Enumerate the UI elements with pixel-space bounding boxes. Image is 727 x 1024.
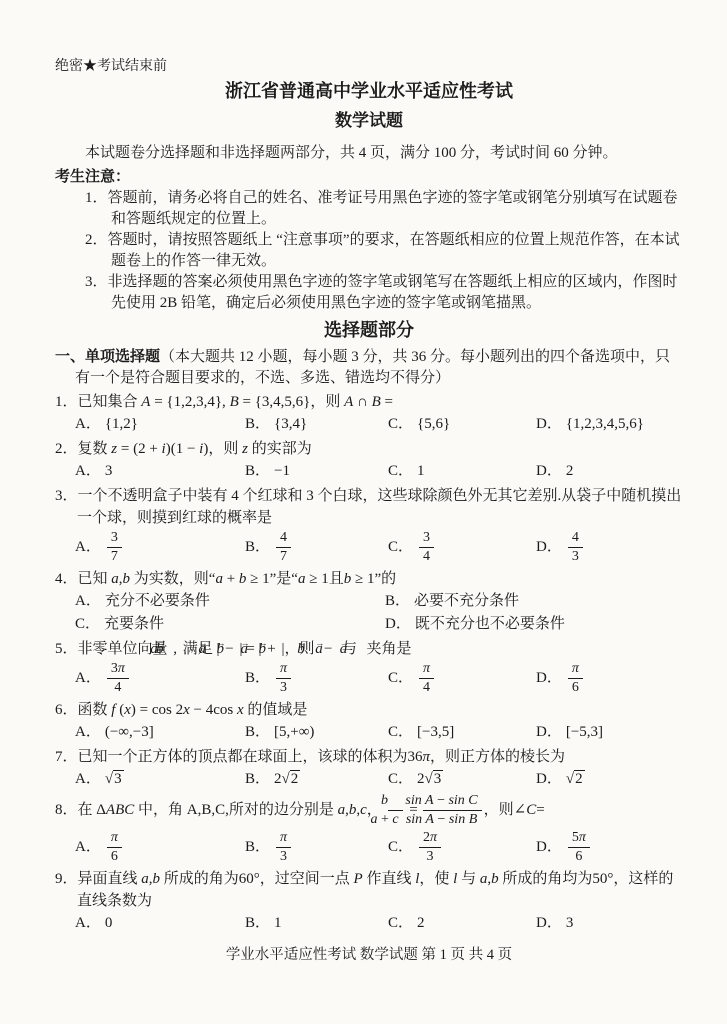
math-text: 3 xyxy=(280,849,287,864)
math-variable: a xyxy=(215,571,223,587)
math-text: 3 xyxy=(280,680,287,695)
option-A: A．3 xyxy=(75,460,245,483)
question-number: 8． xyxy=(55,802,78,818)
option-label: A． xyxy=(75,670,101,686)
part-instruction: 一、单项选择题（本大题共 12 小题，每小题 3 分，共 36 分。每小题列出的… xyxy=(55,347,683,389)
question-number: 3． xyxy=(55,488,78,504)
math-text: − xyxy=(434,812,449,827)
math-text: 中，角 A,B,C,所对的边分别是 xyxy=(134,802,337,818)
question-stem: 6．函数 f (x) = cos 2x − 4cos x 的值域是 xyxy=(55,699,683,721)
denominator: 3 xyxy=(276,848,291,865)
option-label: D． xyxy=(536,724,562,740)
option-label: D． xyxy=(385,616,411,632)
math-text: 7 xyxy=(280,549,287,564)
option-B: B．[5,+∞) xyxy=(245,721,388,744)
question-number: 1． xyxy=(55,394,78,410)
option-label: B． xyxy=(385,593,410,609)
denominator: 4 xyxy=(419,548,434,565)
option-A: A．π6 xyxy=(75,829,245,866)
math-text: 2 xyxy=(274,771,282,787)
radicand: 3 xyxy=(433,770,444,787)
fraction: π3 xyxy=(276,661,291,696)
math-text: [−3,5] xyxy=(417,724,454,740)
math-variable: a xyxy=(338,802,346,818)
option-D: D．5π6 xyxy=(536,829,683,866)
math-variable: b xyxy=(123,571,131,587)
option-A: A．3π4 xyxy=(75,660,245,697)
denominator: 6 xyxy=(568,679,583,696)
fraction: sin A − sin Csin A − sin B xyxy=(423,793,481,828)
option-label: B． xyxy=(245,771,270,787)
math-variable: x xyxy=(124,702,131,718)
option-C: C．1 xyxy=(388,460,536,483)
math-text: 4 xyxy=(572,530,579,545)
fraction: 37 xyxy=(107,530,122,565)
math-variable: π xyxy=(423,749,431,765)
question-number: 9． xyxy=(55,871,78,887)
math-text: 6 xyxy=(572,680,579,695)
math-variable: sin C xyxy=(448,793,477,808)
denominator: 4 xyxy=(419,679,434,696)
radical-sign-icon: √ xyxy=(282,771,290,787)
numerator: π xyxy=(276,830,291,848)
fraction: 2π3 xyxy=(419,830,441,865)
notice-item-1: 1．答题前，请务必将自己的姓名、准考证号用黑色字迹的签字笔或钢笔分别填写在试题卷… xyxy=(85,188,683,230)
option-C: C．2√3 xyxy=(388,768,536,791)
option-A: A．{1,2} xyxy=(75,413,245,436)
question-number: 6． xyxy=(55,702,78,718)
math-text: 3 xyxy=(423,530,430,545)
math-text: 3 xyxy=(566,915,574,931)
option-label: C． xyxy=(388,771,413,787)
option-label: B． xyxy=(245,915,270,931)
option-B: B．{3,4} xyxy=(245,413,388,436)
option-label: B． xyxy=(245,539,270,555)
question-4: 4．已知 a,b 为实数，则“a + b ≥ 1”是“a ≥ 1且b ≥ 1”的… xyxy=(55,568,683,636)
option-label: A． xyxy=(75,593,101,609)
question-options: A．(−∞,−3]B．[5,+∞)C．[−3,5]D．[−5,3] xyxy=(75,721,683,744)
section-title: 选择题部分 xyxy=(55,320,683,341)
option-label: A． xyxy=(75,463,101,479)
math-variable: ABC xyxy=(106,802,134,818)
denominator: 4 xyxy=(107,679,129,696)
option-label: C． xyxy=(388,463,413,479)
option-A: A．0 xyxy=(75,912,245,935)
math-variable: P xyxy=(354,871,363,887)
option-B: B．2√2 xyxy=(245,768,388,791)
question-stem: 9．异面直线 a,b 所成的角为60°，过空间一点 P 作直线 l，使 l 与 … xyxy=(55,868,683,912)
question-list: 1．已知集合 A = {1,2,3,4}, B = {3,4,5,6}，则 A … xyxy=(55,391,683,935)
question-options: A．3B．−1C．1D．2 xyxy=(75,460,683,483)
numerator: b xyxy=(388,793,404,811)
math-text: 2 xyxy=(423,830,430,845)
math-text: ≥ 1”的 xyxy=(351,571,396,587)
option-label: D． xyxy=(536,915,562,931)
math-text: {1,2} xyxy=(105,416,138,432)
notice-title: 考生注意： xyxy=(55,167,683,188)
math-variable: π xyxy=(280,661,287,676)
numerator: π xyxy=(568,661,583,679)
fraction: 5π6 xyxy=(568,830,590,865)
fraction: π6 xyxy=(107,830,122,865)
option-C: C．{5,6} xyxy=(388,413,536,436)
option-B: B．1 xyxy=(245,912,388,935)
question-number: 2． xyxy=(55,441,78,457)
denominator: 3 xyxy=(419,848,441,865)
option-C: C．π4 xyxy=(388,660,536,697)
square-root: √2 xyxy=(566,770,585,787)
exam-title: 浙江省普通高中学业水平适应性考试 xyxy=(55,81,683,102)
numerator: 5π xyxy=(568,830,590,848)
math-text: − xyxy=(434,793,449,808)
math-text: 3 xyxy=(111,661,118,676)
math-text: ，则∠ xyxy=(484,802,527,818)
option-C: C．充要条件 xyxy=(75,613,385,636)
math-variable: x xyxy=(237,702,244,718)
page-footer: 学业水平适应性考试 数学试题 第 1 页 共 4 页 xyxy=(55,945,683,966)
math-text: = {1,2,3,4}, xyxy=(150,394,229,410)
option-label: B． xyxy=(245,463,270,479)
option-label: A． xyxy=(75,915,101,931)
math-text: −1 xyxy=(274,463,290,479)
math-text: (−∞,−3] xyxy=(105,724,154,740)
math-text: 的实部为 xyxy=(248,441,312,457)
question-8: 8．在 ΔABC 中，角 A,B,C,所对的边分别是 a,b,c， ba + c… xyxy=(55,793,683,865)
option-label: B． xyxy=(245,839,270,855)
math-variable: π xyxy=(423,661,430,676)
option-D: D．既不充分也不必要条件 xyxy=(385,613,683,636)
option-label: A． xyxy=(75,416,101,432)
math-text: 6 xyxy=(575,849,582,864)
math-text: ∩ xyxy=(353,394,371,410)
question-stem: 5．非零单位向量 a,b 满足 |a − b| = |a + b|，则 b − … xyxy=(55,638,683,660)
fraction: 43 xyxy=(568,530,583,565)
question-1: 1．已知集合 A = {1,2,3,4}, B = {3,4,5,6}，则 A … xyxy=(55,391,683,436)
option-label: B． xyxy=(245,670,270,686)
question-2: 2．复数 z = (2 + i)(1 − i)，则 z 的实部为A．3B．−1C… xyxy=(55,438,683,483)
question-7: 7．已知一个正方体的顶点都在球面上，该球的体积为36π，则正方体的棱长为A．√3… xyxy=(55,746,683,791)
math-text: 的值域是 xyxy=(244,702,308,718)
math-text: 已知 xyxy=(78,571,112,587)
math-text: 作直线 xyxy=(363,871,416,887)
option-D: D．43 xyxy=(536,529,683,566)
option-A: A．(−∞,−3] xyxy=(75,721,245,744)
notice-item-3: 3．非选择题的答案必须使用黑色字迹的签字笔或钢笔写在答题纸上相应的区域内，作图时… xyxy=(85,272,683,314)
radical-sign-icon: √ xyxy=(566,771,574,787)
exam-intro: 本试题卷分选择题和非选择题两部分，共 4 页，满分 100 分，考试时间 60 … xyxy=(55,143,683,164)
exam-paper-page: 绝密★考试结束前 浙江省普通高中学业水平适应性考试 数学试题 本试题卷分选择题和… xyxy=(0,0,727,1024)
option-B: B．−1 xyxy=(245,460,388,483)
math-variable: π xyxy=(579,830,586,845)
question-options: A．3π4B．π3C．π4D．π6 xyxy=(75,660,683,697)
math-text: 6 xyxy=(111,849,118,864)
math-text: 7 xyxy=(111,549,118,564)
option-label: A． xyxy=(75,539,101,555)
option-label: D． xyxy=(536,463,562,479)
math-text: 在 Δ xyxy=(78,802,106,818)
option-D: D．2 xyxy=(536,460,683,483)
security-marking: 绝密★考试结束前 xyxy=(55,56,683,77)
math-text: − 4cos xyxy=(190,702,237,718)
math-text: 0 xyxy=(105,915,113,931)
option-B: B．必要不充分条件 xyxy=(385,590,683,613)
question-options: A．{1,2}B．{3,4}C．{5,6}D．{1,2,3,4,5,6} xyxy=(75,413,683,436)
question-stem: 1．已知集合 A = {1,2,3,4}, B = {3,4,5,6}，则 A … xyxy=(55,391,683,413)
math-text: ( xyxy=(115,702,124,718)
question-5: 5．非零单位向量 a,b 满足 |a − b| = |a + b|，则 b − … xyxy=(55,638,683,697)
math-text: , xyxy=(173,641,177,657)
option-label: D． xyxy=(536,771,562,787)
option-label: D． xyxy=(536,839,562,855)
math-text: [5,+∞) xyxy=(274,724,314,740)
denominator: sin A − sin B xyxy=(423,811,481,828)
part-description: （本大题共 12 小题，每小题 3 分，共 36 分。每小题列出的四个备选项中，… xyxy=(75,349,670,386)
math-text: 3 xyxy=(105,463,113,479)
denominator: 6 xyxy=(107,848,122,865)
math-text: )，则 xyxy=(203,441,242,457)
option-D: D．{1,2,3,4,5,6} xyxy=(536,413,683,436)
math-text: ≥ 1”是“ xyxy=(246,571,298,587)
part-label: 一、单项选择题 xyxy=(55,349,160,365)
fraction: 47 xyxy=(276,530,291,565)
fraction: ba + c xyxy=(388,793,404,828)
math-text: + xyxy=(377,812,392,827)
notice-list: 1．答题前，请务必将自己的姓名、准考证号用黑色字迹的签字笔或钢笔分别填写在试题卷… xyxy=(55,188,683,314)
option-A: A．充分不必要条件 xyxy=(75,590,385,613)
math-text: 1 xyxy=(274,915,282,931)
numerator: 3π xyxy=(107,661,129,679)
math-text: ) = cos 2 xyxy=(131,702,183,718)
option-B: B．π3 xyxy=(245,660,388,697)
radical-sign-icon: √ xyxy=(425,771,433,787)
radicand: 2 xyxy=(290,770,301,787)
math-variable: π xyxy=(280,830,287,845)
math-variable: π xyxy=(572,661,579,676)
math-text: 2 xyxy=(566,463,574,479)
math-variable: c xyxy=(392,812,398,827)
math-text: 3 xyxy=(111,530,118,545)
math-text: + xyxy=(223,571,239,587)
question-stem: 7．已知一个正方体的顶点都在球面上，该球的体积为36π，则正方体的棱长为 xyxy=(55,746,683,768)
notice-item-2: 2．答题时，请按照答题纸上 “注意事项”的要求，在答题纸相应的位置上规范作答，在… xyxy=(85,230,683,272)
math-text: 函数 xyxy=(78,702,112,718)
math-text: 3 xyxy=(427,849,434,864)
math-text: 一个不透明盒子中装有 4 个红球和 3 个白球，这些球除颜色外无其它差别.从袋子… xyxy=(77,488,681,526)
radicand: 3 xyxy=(113,770,124,787)
numerator: π xyxy=(107,830,122,848)
question-stem: 4．已知 a,b 为实数，则“a + b ≥ 1”是“a ≥ 1且b ≥ 1”的 xyxy=(55,568,683,590)
option-A: A．√3 xyxy=(75,768,245,791)
option-C: C．2π3 xyxy=(388,829,536,866)
option-C: C．34 xyxy=(388,529,536,566)
numerator: sin A − sin C xyxy=(423,793,481,811)
math-text: = xyxy=(381,394,393,410)
question-options: A．充分不必要条件B．必要不充分条件C．充要条件D．既不充分也不必要条件 xyxy=(75,590,683,636)
math-text: )(1 − xyxy=(166,441,199,457)
question-options: A．π6B．π3C．2π3D．5π6 xyxy=(75,829,683,866)
radical-sign-icon: √ xyxy=(105,771,113,787)
math-text: 已知集合 xyxy=(78,394,142,410)
option-label: C． xyxy=(388,416,413,432)
option-A: A．37 xyxy=(75,529,245,566)
fraction: π6 xyxy=(568,661,583,696)
option-label: A． xyxy=(75,771,101,787)
option-label: C． xyxy=(388,670,413,686)
question-number: 5． xyxy=(55,641,78,657)
question-6: 6．函数 f (x) = cos 2x − 4cos x 的值域是A．(−∞,−… xyxy=(55,699,683,744)
math-text: {5,6} xyxy=(417,416,450,432)
math-text: 夹角是 xyxy=(363,641,412,657)
math-text: = (2 + xyxy=(117,441,161,457)
option-D: D．π6 xyxy=(536,660,683,697)
option-label: C． xyxy=(388,915,413,931)
math-variable: π xyxy=(430,830,437,845)
math-variable: b xyxy=(491,871,499,887)
option-label: D． xyxy=(536,539,562,555)
option-label: B． xyxy=(245,416,270,432)
numerator: π xyxy=(419,661,434,679)
math-variable: c xyxy=(360,802,367,818)
square-root: √3 xyxy=(105,770,124,787)
numerator: 3 xyxy=(419,530,434,548)
option-label: B． xyxy=(245,724,270,740)
math-text: 充分不必要条件 xyxy=(105,593,210,609)
numerator: 2π xyxy=(419,830,441,848)
math-variable: sin A xyxy=(405,793,433,808)
option-label: D． xyxy=(536,416,562,432)
math-variable: C xyxy=(526,802,536,818)
math-text: 异面直线 xyxy=(78,871,142,887)
option-label: C． xyxy=(75,616,100,632)
math-text: 4 xyxy=(280,530,287,545)
math-variable: B xyxy=(372,394,381,410)
option-D: D．[−5,3] xyxy=(536,721,683,744)
math-text: 1 xyxy=(417,463,425,479)
square-root: √3 xyxy=(425,770,444,787)
math-text: 充要条件 xyxy=(104,616,164,632)
exam-subject-title: 数学试题 xyxy=(55,110,683,131)
option-C: C．[−3,5] xyxy=(388,721,536,744)
math-text: 5 xyxy=(572,830,579,845)
math-text: 与 xyxy=(457,871,480,887)
math-variable: B xyxy=(230,394,239,410)
math-variable: π xyxy=(111,830,118,845)
numerator: 3 xyxy=(107,530,122,548)
square-root: √2 xyxy=(282,770,301,787)
math-text: 复数 xyxy=(78,441,112,457)
math-variable: A xyxy=(344,394,353,410)
radicand: 2 xyxy=(574,770,585,787)
denominator: 7 xyxy=(107,548,122,565)
option-label: C． xyxy=(388,539,413,555)
question-number: 4． xyxy=(55,571,78,587)
math-text: 3 xyxy=(572,549,579,564)
math-variable: a xyxy=(111,571,119,587)
math-text: {1,2,3,4,5,6} xyxy=(566,416,644,432)
math-text: 必要不充分条件 xyxy=(414,593,519,609)
math-text: = {3,4,5,6}，则 xyxy=(239,394,344,410)
question-number: 7． xyxy=(55,749,78,765)
question-options: A．√3B．2√2C．2√3D．√2 xyxy=(75,768,683,791)
math-text: = xyxy=(536,802,544,818)
question-stem: 2．复数 z = (2 + i)(1 − i)，则 z 的实部为 xyxy=(55,438,683,460)
option-B: B．47 xyxy=(245,529,388,566)
option-label: A． xyxy=(75,839,101,855)
denominator: 3 xyxy=(568,548,583,565)
numerator: 4 xyxy=(568,530,583,548)
math-text: 为实数，则“ xyxy=(130,571,215,587)
math-text: {3,4} xyxy=(274,416,307,432)
question-9: 9．异面直线 a,b 所成的角为60°，过空间一点 P 作直线 l，使 l 与 … xyxy=(55,868,683,935)
question-options: A．0B．1C．2D．3 xyxy=(75,912,683,935)
option-label: C． xyxy=(388,724,413,740)
denominator: a + c xyxy=(388,811,404,828)
math-variable: π xyxy=(118,661,125,676)
math-variable: a xyxy=(141,871,149,887)
fraction: π4 xyxy=(419,661,434,696)
denominator: 3 xyxy=(276,679,291,696)
math-variable: b xyxy=(153,871,161,887)
math-text: 既不充分也不必要条件 xyxy=(415,616,565,632)
math-variable: sin A xyxy=(406,812,434,827)
math-text: 已知一个正方体的顶点都在球面上，该球的体积为36 xyxy=(78,749,423,765)
numerator: 4 xyxy=(276,530,291,548)
math-text: 2 xyxy=(417,771,425,787)
denominator: 7 xyxy=(276,548,291,565)
option-D: D．√2 xyxy=(536,768,683,791)
math-text: 4 xyxy=(423,680,430,695)
fraction: 34 xyxy=(419,530,434,565)
option-C: C．2 xyxy=(388,912,536,935)
math-text: ，则正方体的棱长为 xyxy=(430,749,565,765)
math-text: 4 xyxy=(423,549,430,564)
math-text: ，使 xyxy=(419,871,453,887)
math-variable: x xyxy=(183,702,190,718)
math-text: ≥ 1且 xyxy=(305,571,343,587)
question-options: A．37B．47C．34D．43 xyxy=(75,529,683,566)
numerator: π xyxy=(276,661,291,679)
math-text: 所成的角为60°，过空间一点 xyxy=(160,871,354,887)
math-text: [−5,3] xyxy=(566,724,603,740)
denominator: 6 xyxy=(568,848,590,865)
option-D: D．3 xyxy=(536,912,683,935)
option-label: D． xyxy=(536,670,562,686)
question-3: 3．一个不透明盒子中装有 4 个红球和 3 个白球，这些球除颜色外无其它差别.从… xyxy=(55,485,683,566)
math-variable: b xyxy=(381,793,388,808)
option-label: C． xyxy=(388,839,413,855)
fraction: 3π4 xyxy=(107,661,129,696)
math-variable: sin B xyxy=(449,812,477,827)
question-stem: 8．在 ΔABC 中，角 A,B,C,所对的边分别是 a,b,c， ba + c… xyxy=(55,793,683,828)
fraction: π3 xyxy=(276,830,291,865)
option-B: B．π3 xyxy=(245,829,388,866)
math-text: 4 xyxy=(114,680,121,695)
math-text: 2 xyxy=(417,915,425,931)
question-stem: 3．一个不透明盒子中装有 4 个红球和 3 个白球，这些球除颜色外无其它差别.从… xyxy=(55,485,683,529)
option-label: A． xyxy=(75,724,101,740)
